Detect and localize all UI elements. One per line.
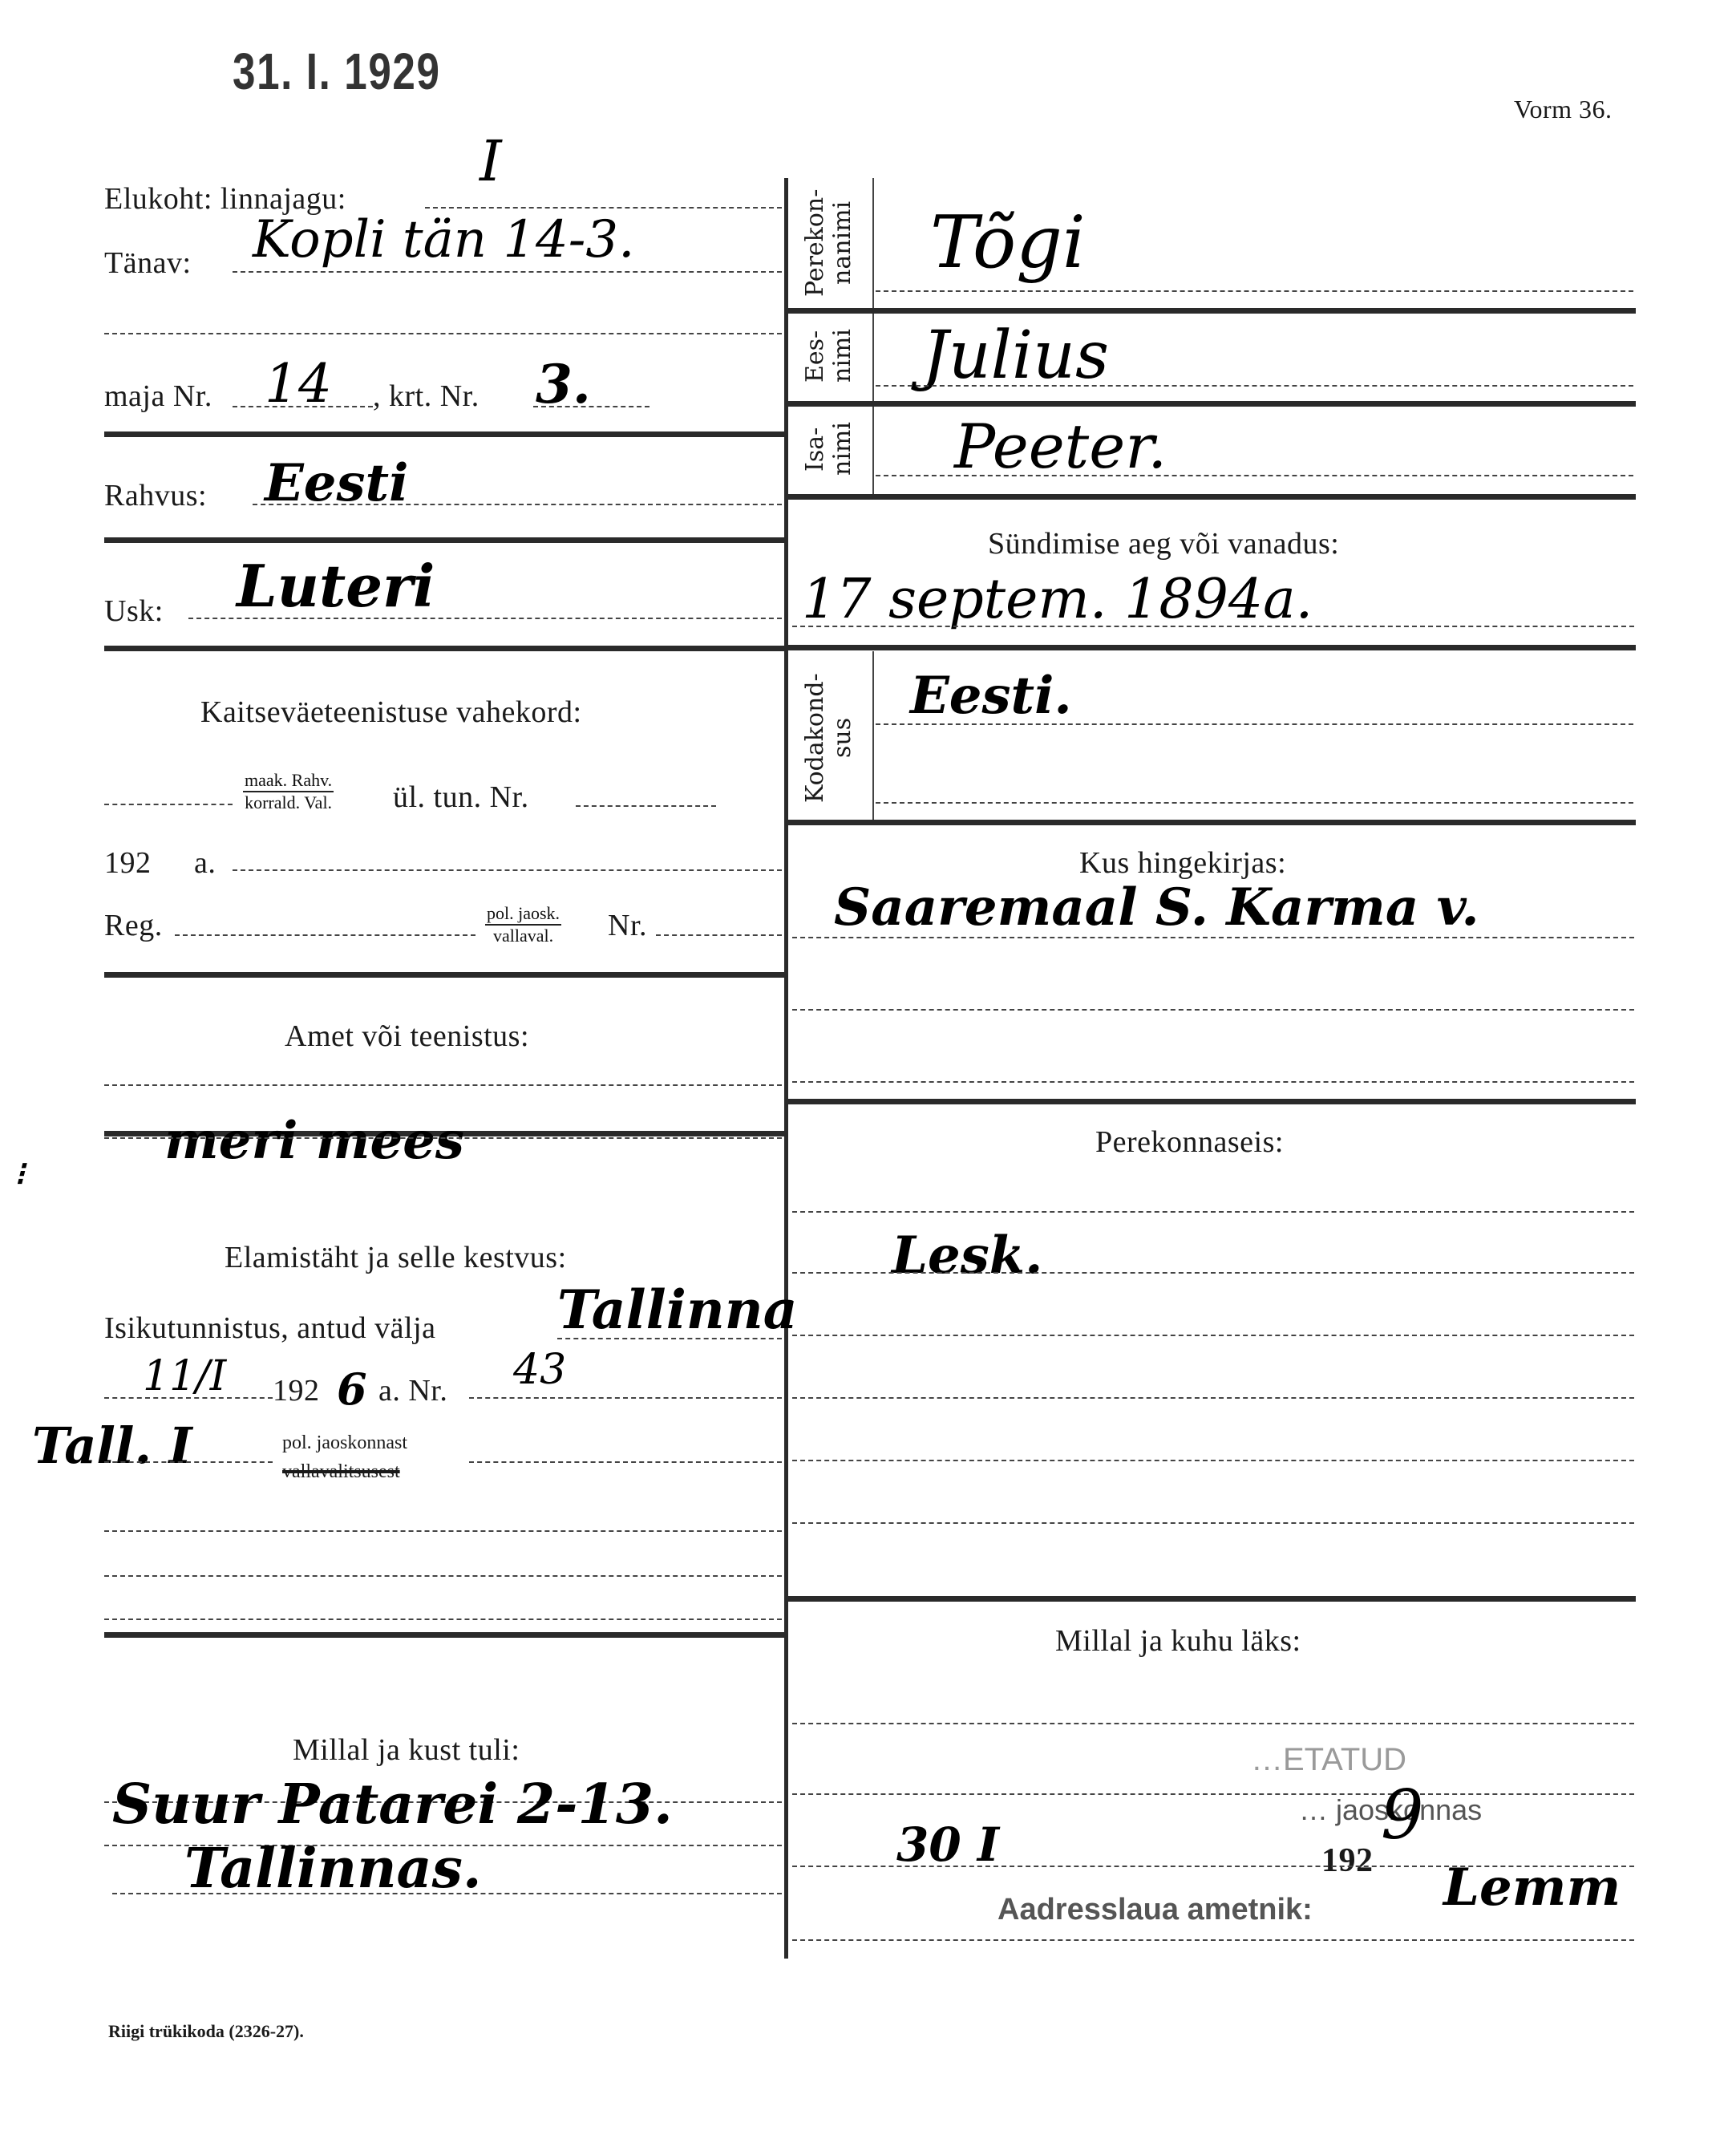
departure-heading: Millal ja kuhu läks: [1055, 1623, 1301, 1659]
right-sep-6 [787, 1099, 1636, 1104]
reg-nr-label: Nr. [608, 908, 647, 943]
military-heading: Kaitseväeteenistuse vahekord: [200, 695, 582, 730]
surname-value[interactable]: Tõgi [930, 201, 1086, 285]
occupation-heading: Amet või teenistus: [285, 1019, 529, 1054]
marital-status-heading: Perekonnaseis: [1095, 1124, 1284, 1160]
registered-heading: Kus hingekirjas: [1079, 845, 1286, 881]
residence-line-5 [104, 1619, 782, 1620]
military-line-1a [104, 804, 233, 805]
father-name-label: Isa- nimi [802, 409, 856, 489]
marital-line-6 [792, 1522, 1634, 1524]
departure-stamp-line1: …ETATUD [1251, 1742, 1406, 1778]
issuer-top: pol. jaoskonnast [282, 1432, 407, 1454]
military-year-prefix: 192 [104, 845, 152, 881]
marital-line-1 [792, 1211, 1634, 1213]
margin-note: Tall. I [32, 1416, 192, 1475]
nationality-label: Rahvus: [104, 478, 207, 513]
apartment-value[interactable]: 3. [536, 353, 591, 415]
surname-line [876, 290, 1633, 292]
arrival-line-4 [112, 1893, 782, 1894]
military-line1-suffix: ül. tun. Nr. [393, 780, 529, 815]
margin-marks: ⁝ [14, 1155, 25, 1193]
id-year-digit[interactable]: 6 [337, 1363, 367, 1415]
first-name-line [876, 385, 1633, 387]
issuer-line-a [104, 1461, 273, 1463]
id-number-value[interactable]: 43 [513, 1346, 566, 1394]
id-date-line [104, 1397, 273, 1399]
first-name-value[interactable]: Julius [922, 318, 1109, 394]
official-signature: Lemm [1443, 1858, 1621, 1918]
house-value[interactable]: 14 [265, 353, 332, 415]
registered-line-1 [792, 937, 1634, 938]
fraction-bottom: korrald. Val. [245, 792, 332, 812]
surname-label: Perekon- nanimi [802, 183, 856, 303]
printer-imprint: Riigi trükikoda (2326-27). [108, 2021, 304, 2042]
departure-year-digit[interactable]: 9 [1381, 1776, 1423, 1854]
registered-line-2 [792, 1009, 1634, 1011]
birth-line [792, 626, 1634, 627]
marital-line-4 [792, 1397, 1634, 1399]
reg-fraction: pol. jaosk. vallaval. [485, 903, 561, 946]
fraction-top: maak. Rahv. [243, 770, 334, 792]
left-sep-4 [104, 972, 784, 978]
id-label: Isikutunnistus, antud välja [104, 1311, 436, 1346]
district-line [425, 207, 782, 209]
military-year-line [233, 869, 782, 871]
registered-value[interactable]: Saaremaal S. Karma v. [834, 877, 1479, 938]
fraction-top: pol. jaosk. [485, 903, 561, 926]
left-sep-6 [104, 1632, 784, 1638]
marital-line-2 [792, 1272, 1634, 1274]
registered-line-3 [792, 1081, 1634, 1083]
departure-official-stamp: Aadresslaua ametnik: [997, 1893, 1313, 1927]
citizenship-label: Kodakond- sus [802, 658, 856, 818]
arrival-heading: Millal ja kust tuli: [293, 1732, 520, 1768]
id-number-line [469, 1397, 782, 1399]
birth-value[interactable]: 17 septem. 1894a. [802, 568, 1313, 631]
military-fraction: maak. Rahv. korrald. Val. [243, 770, 334, 813]
street-label: Tänav: [104, 245, 192, 281]
departure-line-2 [792, 1793, 1634, 1795]
date-stamp: 31. I. 1929 [233, 42, 441, 101]
apartment-label: , krt. Nr. [373, 379, 480, 414]
form-number: Vorm 36. [1514, 95, 1613, 124]
issuer-line-b [469, 1461, 782, 1463]
left-sep-2 [104, 537, 784, 543]
reg-line [175, 934, 475, 936]
center-divider [784, 178, 788, 1959]
district-value[interactable]: I [480, 128, 502, 194]
right-sep-2 [787, 401, 1636, 407]
marital-line-3 [792, 1335, 1634, 1336]
left-sep-1 [104, 431, 784, 437]
street-line [233, 271, 782, 273]
occupation-line-2 [104, 1137, 782, 1139]
id-issued-value[interactable]: Tallinna [557, 1278, 798, 1341]
departure-year-prefix: 192 [1321, 1841, 1374, 1880]
right-sep-7 [787, 1596, 1636, 1602]
father-name-line [876, 475, 1633, 476]
citizenship-value[interactable]: Eesti. [910, 666, 1072, 726]
residence-permit-heading: Elamistäht ja selle kestvus: [225, 1240, 567, 1275]
occupation-line-1 [104, 1084, 782, 1086]
father-name-value[interactable]: Peeter. [954, 411, 1167, 482]
marital-line-5 [792, 1460, 1634, 1461]
reg-label: Reg. [104, 908, 163, 943]
occupation-value[interactable]: meri mees [164, 1111, 464, 1171]
house-label: maja Nr. [104, 379, 212, 414]
departure-line-4 [792, 1939, 1634, 1941]
id-date-value[interactable]: 11/I [143, 1352, 226, 1400]
right-sep-3 [787, 494, 1636, 500]
military-line-1b [576, 805, 716, 807]
departure-date-day[interactable]: 30 I [896, 1817, 999, 1872]
citizenship-line-1 [876, 723, 1633, 725]
nationality-value[interactable]: Eesti [265, 453, 408, 513]
label-column-divider-1 [872, 178, 874, 499]
first-name-label: Ees- nimi [802, 316, 856, 396]
residence-line-3 [104, 1530, 782, 1532]
religion-label: Usk: [104, 594, 164, 629]
marital-status-value[interactable]: Lesk. [892, 1226, 1042, 1286]
label-column-divider-2 [872, 651, 874, 821]
arrival-value-line2[interactable]: Tallinnas. [184, 1837, 482, 1901]
military-year-suffix: a. [194, 845, 216, 881]
reg-nr-line [656, 934, 782, 936]
id-year-prefix: 192 [273, 1373, 320, 1408]
arrival-value-line1[interactable]: Suur Patarei 2-13. [112, 1772, 673, 1837]
id-year-suffix: a. Nr. [378, 1373, 447, 1408]
birth-heading: Sündimise aeg või vanadus: [988, 526, 1339, 561]
right-sep-5 [787, 820, 1636, 825]
issuer-bottom-struck: vallavalitsusest [282, 1461, 400, 1483]
right-sep-1 [787, 308, 1636, 314]
right-sep-4 [787, 645, 1636, 650]
departure-line-1 [792, 1723, 1634, 1724]
residence-line-4 [104, 1575, 782, 1577]
street-value[interactable]: Kopli tän 14-3. [253, 210, 634, 269]
religion-value[interactable]: Luteri [237, 552, 435, 620]
street-line-2 [104, 333, 782, 334]
citizenship-line-2 [876, 802, 1633, 804]
fraction-bottom: vallaval. [493, 926, 553, 946]
left-sep-3 [104, 646, 784, 651]
